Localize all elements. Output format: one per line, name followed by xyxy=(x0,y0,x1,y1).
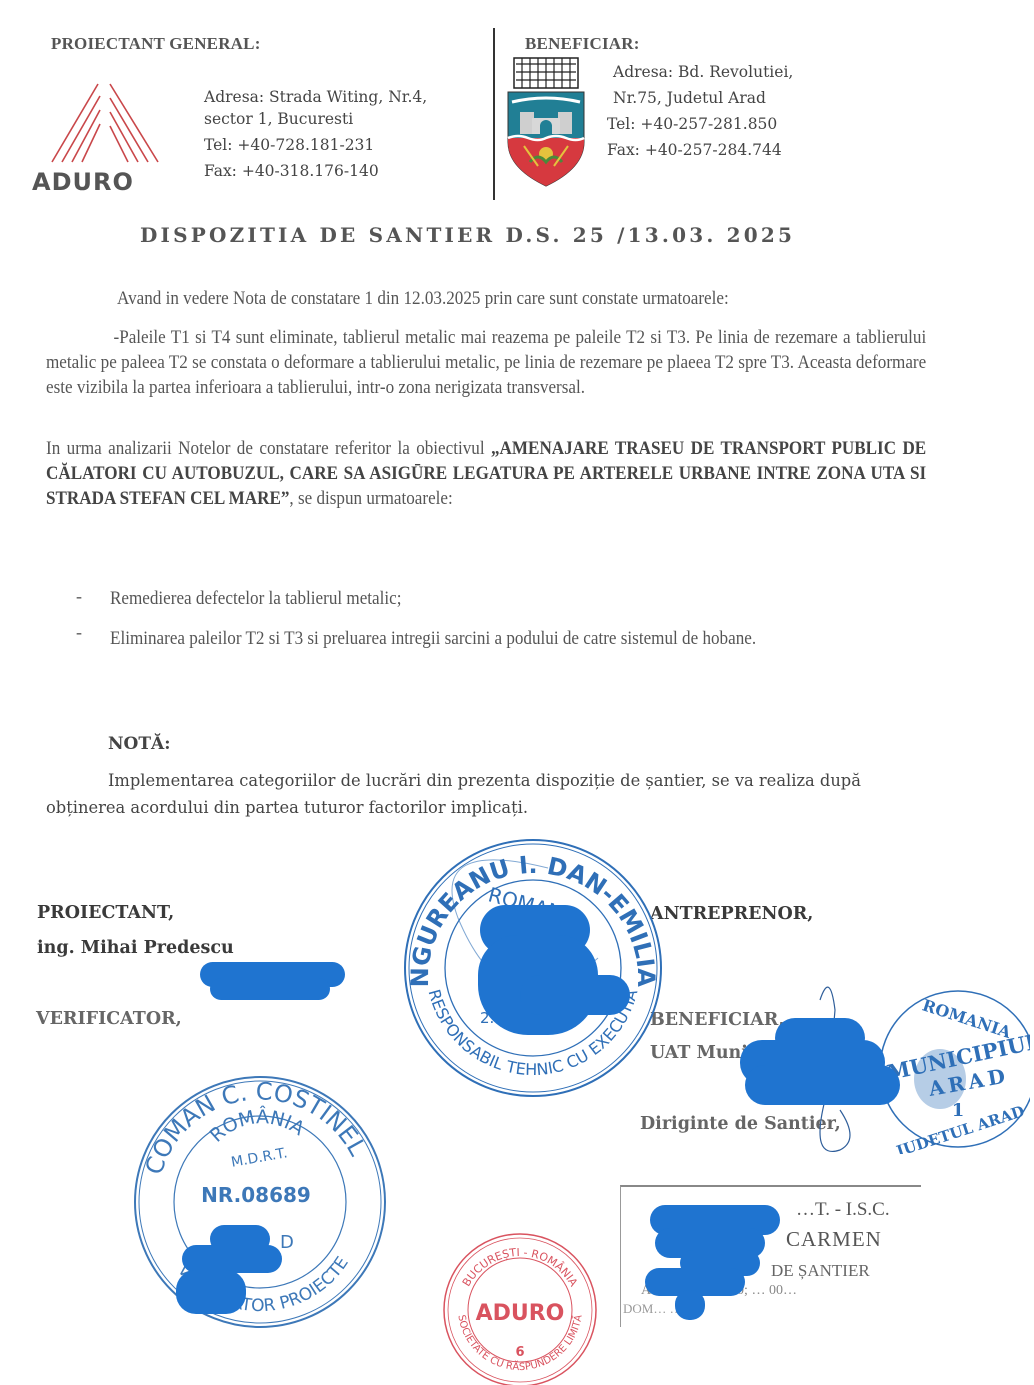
note-text: Implementarea categoriilor de lucrări di… xyxy=(46,767,926,821)
intro-paragraph: Avand in vedere Nota de constatare 1 din… xyxy=(117,286,927,311)
verifier-stamp-ministry: M.D.R.T. xyxy=(230,1145,289,1171)
list-item: - Eliminarea paleilor T2 si T3 si prelua… xyxy=(0,622,1034,692)
finding-paragraph: -Paleile T1 si T4 sunt eliminate, tablie… xyxy=(46,325,926,400)
company-stamp-number: 6 xyxy=(515,1345,524,1360)
measures-list: - Remedierea defectelor la tablierul met… xyxy=(0,586,1034,692)
company-stamp-top: BUCUREȘTI - ROMÂNIA xyxy=(460,1246,580,1289)
designer-label: PROIECTANT GENERAL: xyxy=(51,34,261,54)
site-supervisor-stamp-line2: CARMEN xyxy=(786,1227,882,1252)
analysis-suffix: , se dispun urmatoarele: xyxy=(289,488,452,509)
aduro-logo-text: ADURO xyxy=(32,168,134,196)
site-supervisor-stamp-line3: DE ȘANTIER xyxy=(771,1261,870,1281)
beneficiary-label: BENEFICIAR: xyxy=(525,34,640,54)
redaction-mark xyxy=(745,1065,900,1105)
designer-address: Adresa: Strada Witing, Nr.4, sector 1, B… xyxy=(204,85,427,184)
svg-text:BUCUREȘTI - ROMÂNIA: BUCUREȘTI - ROMÂNIA xyxy=(460,1246,580,1289)
beneficiary-fax: Fax: +40-257-284.744 xyxy=(607,138,793,163)
measure-text: Remedierea defectelor la tablierul metal… xyxy=(110,586,920,611)
company-stamp: BUCUREȘTI - ROMÂNIA SOCIETATE CU RĂSPUND… xyxy=(440,1228,600,1385)
beneficiary-address-line2: Nr.75, Judetul Arad xyxy=(613,86,793,111)
list-item: - Remedierea defectelor la tablierul met… xyxy=(0,586,1034,622)
analysis-paragraph: In urma analizarii Notelor de constatare… xyxy=(46,436,926,511)
beneficiary-signature-label: BENEFICIAR, xyxy=(650,1010,784,1030)
redaction-mark xyxy=(176,1270,246,1314)
site-supervisor-stamp-line5: DOM… … xyxy=(623,1301,683,1317)
redaction-mark xyxy=(520,975,630,1015)
contractor-signature-label: ANTREPRENOR, xyxy=(650,904,813,924)
note-heading: NOTĂ: xyxy=(108,734,170,754)
aduro-logo: ADURO xyxy=(30,78,170,198)
designer-fax: Fax: +40-318.176-140 xyxy=(204,159,427,184)
site-supervisor-stamp-line1: …T. - I.S.C. xyxy=(796,1199,890,1221)
company-stamp-center: ADURO xyxy=(476,1301,565,1326)
redaction-mark xyxy=(675,1290,705,1320)
list-dash: - xyxy=(76,586,82,607)
beneficiary-address-line1: Adresa: Bd. Revolutiei, xyxy=(613,60,793,85)
redaction-mark xyxy=(210,978,330,1000)
header-divider xyxy=(493,28,495,200)
verifier-stamp-number: NR.08689 xyxy=(201,1183,311,1207)
designer-signature-label: PROIECTANT, xyxy=(37,903,174,923)
arad-coat-of-arms-icon xyxy=(504,56,588,188)
verifier-signature-label: VERIFICATOR, xyxy=(36,1009,182,1029)
municipality-stamp: ROMANIA MUNICIPIUL ARAD 1 JUDETUL ARAD xyxy=(870,984,1030,1154)
measure-text: Eliminarea paleilor T2 si T3 si preluare… xyxy=(110,622,927,656)
beneficiary-tel: Tel: +40-257-281.850 xyxy=(607,112,793,137)
designer-address-line2: sector 1, Bucuresti xyxy=(204,107,427,132)
verifier-stamp: COMAN C. COSTINEL VERIFICATOR PROIECTE R… xyxy=(128,1062,393,1337)
designer-signature-name: ing. Mihai Predescu xyxy=(37,938,234,958)
analysis-prefix: In urma analizarii Notelor de constatare… xyxy=(46,438,491,459)
verifier-stamp-partial: D xyxy=(280,1232,294,1253)
beneficiary-address: Adresa: Bd. Revolutiei, Nr.75, Judetul A… xyxy=(607,60,793,163)
list-dash: - xyxy=(76,622,82,643)
page-title: DISPOZITIA DE SANTIER D.S. 25 /13.03. 20… xyxy=(140,223,795,247)
redaction-mark xyxy=(182,1245,282,1273)
designer-tel: Tel: +40-728.181-231 xyxy=(204,133,427,158)
